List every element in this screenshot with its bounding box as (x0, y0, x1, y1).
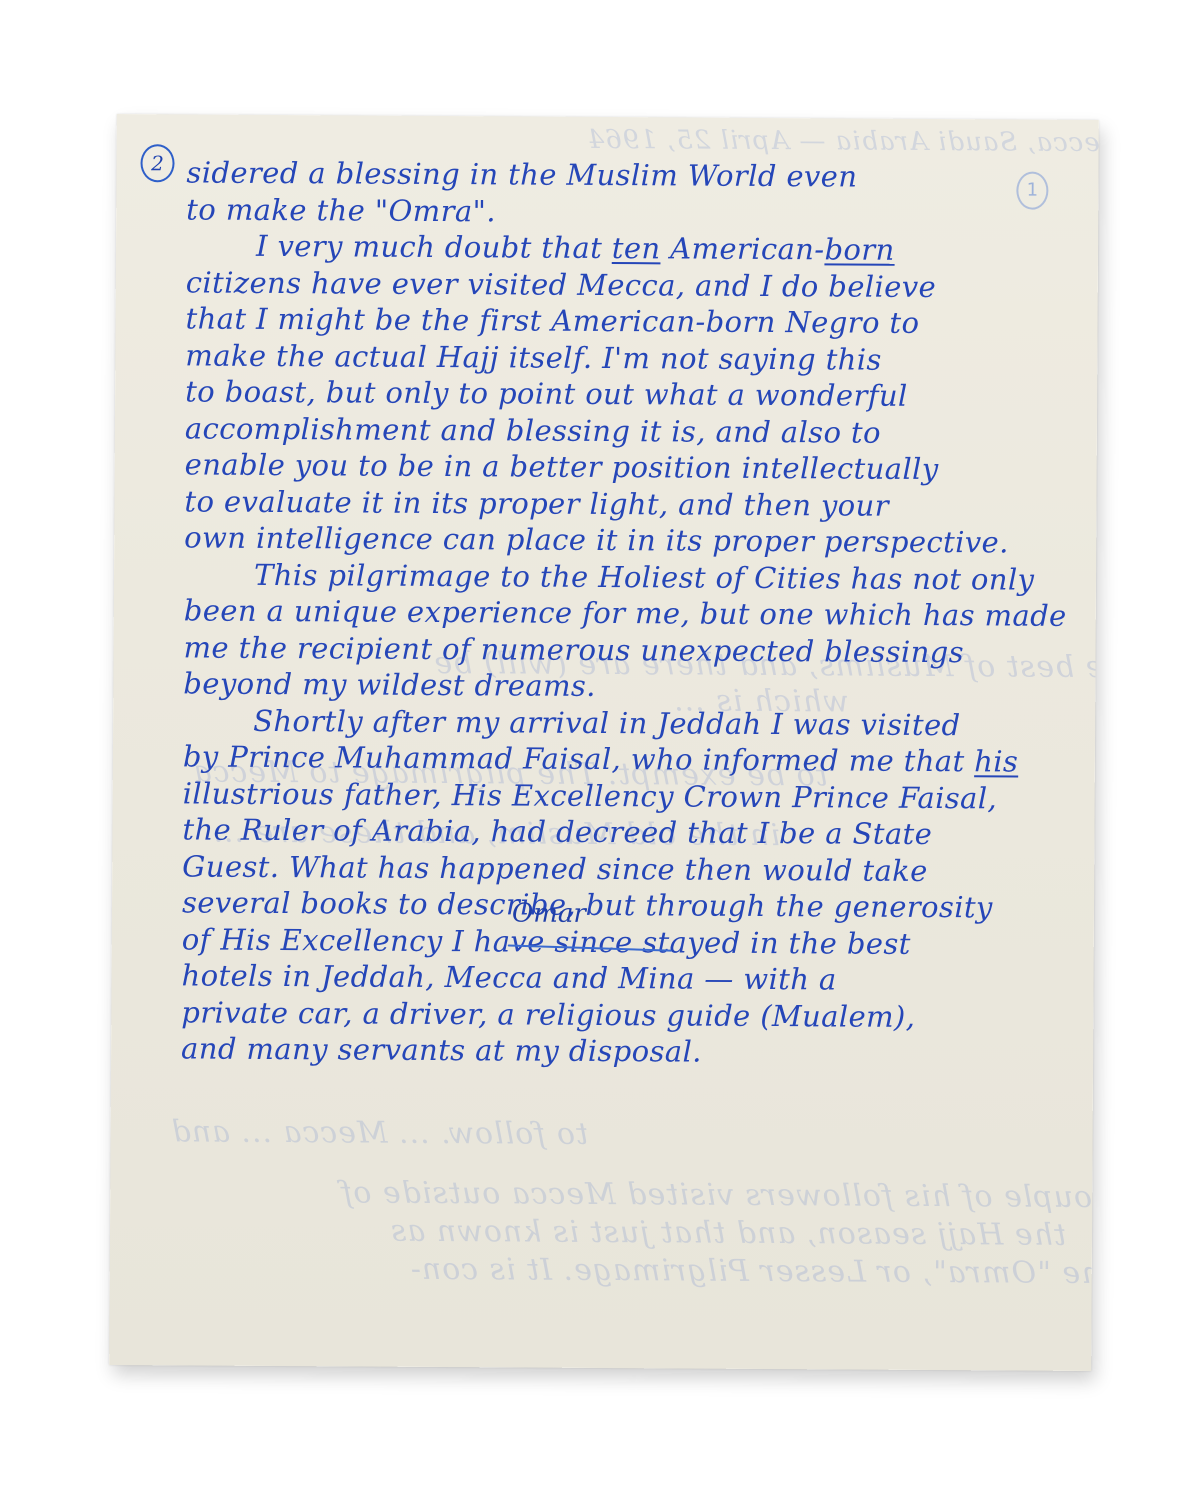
letter-line: several books to describe, but through t… (182, 884, 1082, 926)
letter-line: of His Excellency I have since stayed in… (182, 921, 1082, 963)
letter-line: me the recipient of numerous unexpected … (183, 629, 1083, 671)
signature: Omar (512, 898, 586, 928)
handwritten-letter-body: sidered a blessing in the Muslim World e… (181, 154, 1087, 1072)
letter-page: Mecca, Saudi Arabia — April 25, 1964 1 i… (109, 114, 1099, 1371)
letter-line: to evaluate it in its proper light, and … (184, 483, 1084, 525)
underlined-word: ten (612, 231, 661, 265)
letter-line: hotels in Jeddah, Mecca and Mina — with … (181, 957, 1081, 999)
text-segment: by Prince Muhammad Faisal, who informed … (183, 739, 975, 778)
letter-line: accomplishment and blessing it is, and a… (185, 410, 1085, 452)
letter-line: I very much doubt that ten American-born (186, 227, 1086, 269)
letter-line: citizens have ever visited Mecca, and I … (186, 264, 1086, 306)
letter-line: sidered a blessing in the Muslim World e… (186, 154, 1086, 196)
letter-line: to make the "Omra". (186, 191, 1086, 233)
bleed-line: the "Omra", or Lesser Pilgrimage. It is … (410, 1252, 1099, 1291)
letter-line: that I might be the first American-born … (185, 300, 1085, 342)
letter-line: and many servants at my disposal. (181, 1030, 1081, 1072)
reverse-header: Mecca, Saudi Arabia — April 25, 1964 (587, 125, 1099, 158)
letter-line: Guest. What has happened since then woul… (182, 848, 1082, 890)
letter-line: Shortly after my arrival in Jeddah I was… (183, 702, 1083, 744)
text-segment: American- (660, 231, 824, 266)
letter-line: by Prince Muhammad Faisal, who informed … (183, 738, 1083, 780)
letter-line: illustrious father, His Excellency Crown… (183, 775, 1083, 817)
underlined-word: his (974, 744, 1018, 778)
text-segment: I very much doubt that (256, 229, 612, 265)
bleed-line: the Hajj season, and that just is known … (390, 1214, 1066, 1253)
bleed-line: to follow. ... Mecca ... and (171, 1114, 589, 1152)
letter-line: make the actual Hajj itself. I'm not say… (185, 337, 1085, 379)
letter-line: beyond my wildest dreams. (183, 665, 1083, 707)
letter-line: This pilgrimage to the Holiest of Cities… (184, 556, 1084, 598)
bleed-line: a couple of his followers visited Mecca … (340, 1175, 1099, 1215)
page-number-circled: 2 (140, 144, 174, 182)
letter-line: the Ruler of Arabia, had decreed that I … (182, 811, 1082, 853)
letter-line: been a unique experience for me, but one… (184, 592, 1084, 634)
letter-line: enable you to be in a better position in… (185, 446, 1085, 488)
letter-line: to boast, but only to point out what a w… (185, 373, 1085, 415)
letter-line: own intelligence can place it in its pro… (184, 519, 1084, 561)
letter-line: private car, a driver, a religious guide… (181, 994, 1081, 1036)
underlined-word: born (824, 232, 894, 266)
